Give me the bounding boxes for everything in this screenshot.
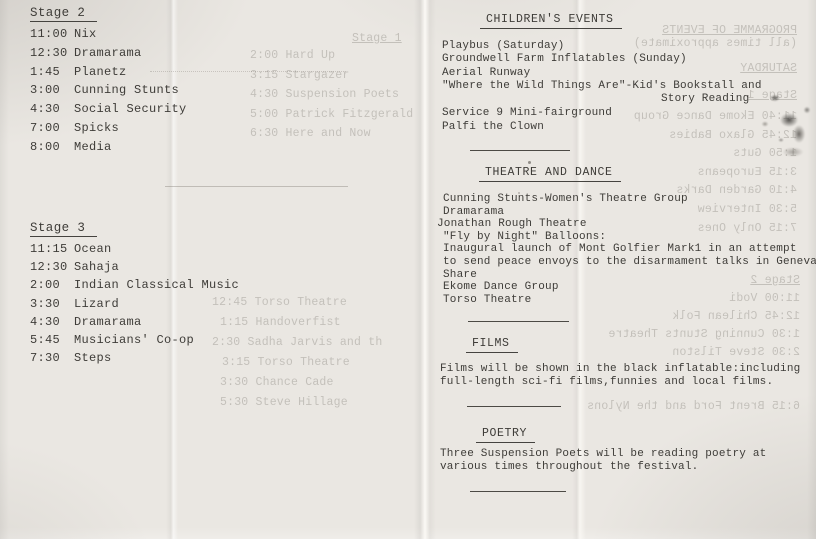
stage3-event-row: 5:45Musicians' Co-op bbox=[30, 331, 239, 349]
scanned-programme-page: Stage 2 11:00Nix 12:30Dramarama 1:45Plan… bbox=[0, 0, 816, 539]
stage2-event-row: 11:00Nix bbox=[30, 25, 187, 44]
event-name: Spicks bbox=[74, 119, 119, 138]
stage2-event-row: 4:30Social Security bbox=[30, 100, 187, 119]
section-divider bbox=[470, 491, 566, 492]
bleedthrough-line: 12:45 Chilean Folk bbox=[598, 308, 800, 326]
event-time: 12:30 bbox=[30, 258, 74, 276]
bleedthrough-line: 6:15 Brent Ford and the Nylons bbox=[598, 398, 800, 416]
bleedthrough-line: 11:00 Vodi bbox=[598, 290, 800, 308]
event-time: 3:30 bbox=[30, 295, 74, 313]
bleedthrough-line: 2:30 Steve Tilston bbox=[598, 344, 800, 362]
event-time: 8:00 bbox=[30, 138, 74, 157]
poetry-text: Three Suspension Poets will be reading p… bbox=[440, 448, 766, 474]
ink-blot-stain bbox=[753, 82, 815, 170]
bleedthrough-line: 1:15 Handoverfist bbox=[220, 313, 382, 333]
stage3-event-row: 11:15Ocean bbox=[30, 240, 239, 258]
event-name: Social Security bbox=[74, 100, 187, 119]
stage3-event-row: 3:30Lizard bbox=[30, 295, 239, 313]
bleedthrough-line: 4:30 Suspension Poets bbox=[250, 85, 413, 105]
bleedthrough-day: SATURDAY bbox=[600, 62, 797, 75]
bleedthrough-line: 5:30 Steve Hillage bbox=[220, 393, 382, 413]
event-name: Steps bbox=[74, 349, 112, 367]
bleedthrough-stage: Stage 2 bbox=[598, 272, 800, 290]
stage2-event-row: 3:00Cunning Stunts bbox=[30, 81, 187, 100]
event-name: Musicians' Co-op bbox=[74, 331, 194, 349]
ink-speck bbox=[528, 161, 531, 164]
stage3-list: 11:15Ocean 12:30Sahaja 2:00Indian Classi… bbox=[30, 240, 239, 367]
bleedthrough-dotted-rule bbox=[150, 71, 346, 72]
bleedthrough-line: 3:30 Chance Cade bbox=[220, 373, 382, 393]
section-divider bbox=[470, 150, 570, 151]
event-time: 3:00 bbox=[30, 81, 74, 100]
bleedthrough-line: 2:30 Sadha Jarvis and th bbox=[212, 333, 382, 353]
event-time: 7:00 bbox=[30, 119, 74, 138]
event-time: 11:15 bbox=[30, 240, 74, 258]
event-name: Lizard bbox=[74, 295, 119, 313]
poetry-line: Three Suspension Poets will be reading p… bbox=[440, 448, 766, 461]
event-time: 12:30 bbox=[30, 44, 74, 63]
bleedthrough-line: 3:15 Stargazer bbox=[250, 66, 413, 86]
event-name: Dramarama bbox=[74, 313, 142, 331]
bleedthrough-line: 1:30 Cunning Stunts Theatre bbox=[598, 326, 800, 344]
event-name: Dramarama bbox=[74, 44, 142, 63]
theatre-line: Inaugural launch of Mont Golfier Mark1 i… bbox=[443, 243, 816, 256]
paper-fold-center bbox=[414, 0, 436, 539]
event-name: Sahaja bbox=[74, 258, 119, 276]
stage3-event-row: 7:30Steps bbox=[30, 349, 239, 367]
event-time: 2:00 bbox=[30, 276, 74, 294]
bleedthrough-lower-right: Stage 2 11:00 Vodi 12:45 Chilean Folk 1:… bbox=[598, 272, 800, 416]
bleedthrough-line: 2:00 Hard Up bbox=[250, 46, 413, 66]
event-time: 4:30 bbox=[30, 100, 74, 119]
bleedthrough-line: 12:45 Torso Theatre bbox=[212, 293, 382, 313]
bleedthrough-mid-lower: 12:45 Torso Theatre 1:15 Handoverfist 2:… bbox=[212, 293, 382, 413]
event-name: Ocean bbox=[74, 240, 112, 258]
stage2-event-row: 8:00Media bbox=[30, 138, 187, 157]
bleedthrough-line: 5:30 Interview bbox=[600, 201, 797, 220]
bleedthrough-line: 6:30 Here and Now bbox=[250, 124, 413, 144]
poetry-line: various times throughout the festival. bbox=[440, 461, 766, 474]
event-time: 7:30 bbox=[30, 349, 74, 367]
bleedthrough-line: 7:15 Only Ones bbox=[600, 220, 797, 239]
bleedthrough-subheader: (all times approximate) bbox=[600, 37, 797, 50]
event-name: Cunning Stunts bbox=[74, 81, 179, 100]
event-time: 5:45 bbox=[30, 331, 74, 349]
stage2-list: 11:00Nix 12:30Dramarama 1:45Planetz 3:00… bbox=[30, 25, 187, 157]
bleedthrough-divider bbox=[165, 186, 348, 187]
stage3-heading: Stage 3 bbox=[30, 221, 97, 237]
bleedthrough-mid-stage-label: Stage 1 bbox=[352, 32, 402, 45]
event-time: 1:45 bbox=[30, 63, 74, 82]
section-divider bbox=[467, 406, 561, 407]
ink-speck bbox=[518, 192, 520, 194]
event-time: 11:00 bbox=[30, 25, 74, 44]
event-name: Indian Classical Music bbox=[74, 276, 239, 294]
stage3-event-row: 2:00Indian Classical Music bbox=[30, 276, 239, 294]
event-name: Nix bbox=[74, 25, 97, 44]
bleedthrough-line: 5:00 Patrick Fitzgerald bbox=[250, 105, 413, 125]
stage2-event-row: 7:00Spicks bbox=[30, 119, 187, 138]
poetry-heading: POETRY bbox=[476, 427, 535, 443]
theatre-line: to send peace envoys to the disarmament … bbox=[443, 256, 816, 269]
stage2-heading: Stage 2 bbox=[30, 6, 97, 22]
bleedthrough-header: PROGRAMME OF EVENTS bbox=[600, 24, 797, 37]
bleedthrough-line: 4:10 Garden Darks bbox=[600, 182, 797, 201]
event-name: Planetz bbox=[74, 63, 127, 82]
stage2-event-row: 12:30Dramarama bbox=[30, 44, 187, 63]
bleedthrough-line: 3:15 Torso Theatre bbox=[222, 353, 382, 373]
films-heading: FILMS bbox=[466, 337, 518, 353]
section-divider bbox=[468, 321, 569, 322]
stage3-event-row: 4:30Dramarama bbox=[30, 313, 239, 331]
event-name: Media bbox=[74, 138, 112, 157]
bleedthrough-mid-upper: 2:00 Hard Up 3:15 Stargazer 4:30 Suspens… bbox=[250, 46, 413, 144]
event-time: 4:30 bbox=[30, 313, 74, 331]
stage3-event-row: 12:30Sahaja bbox=[30, 258, 239, 276]
